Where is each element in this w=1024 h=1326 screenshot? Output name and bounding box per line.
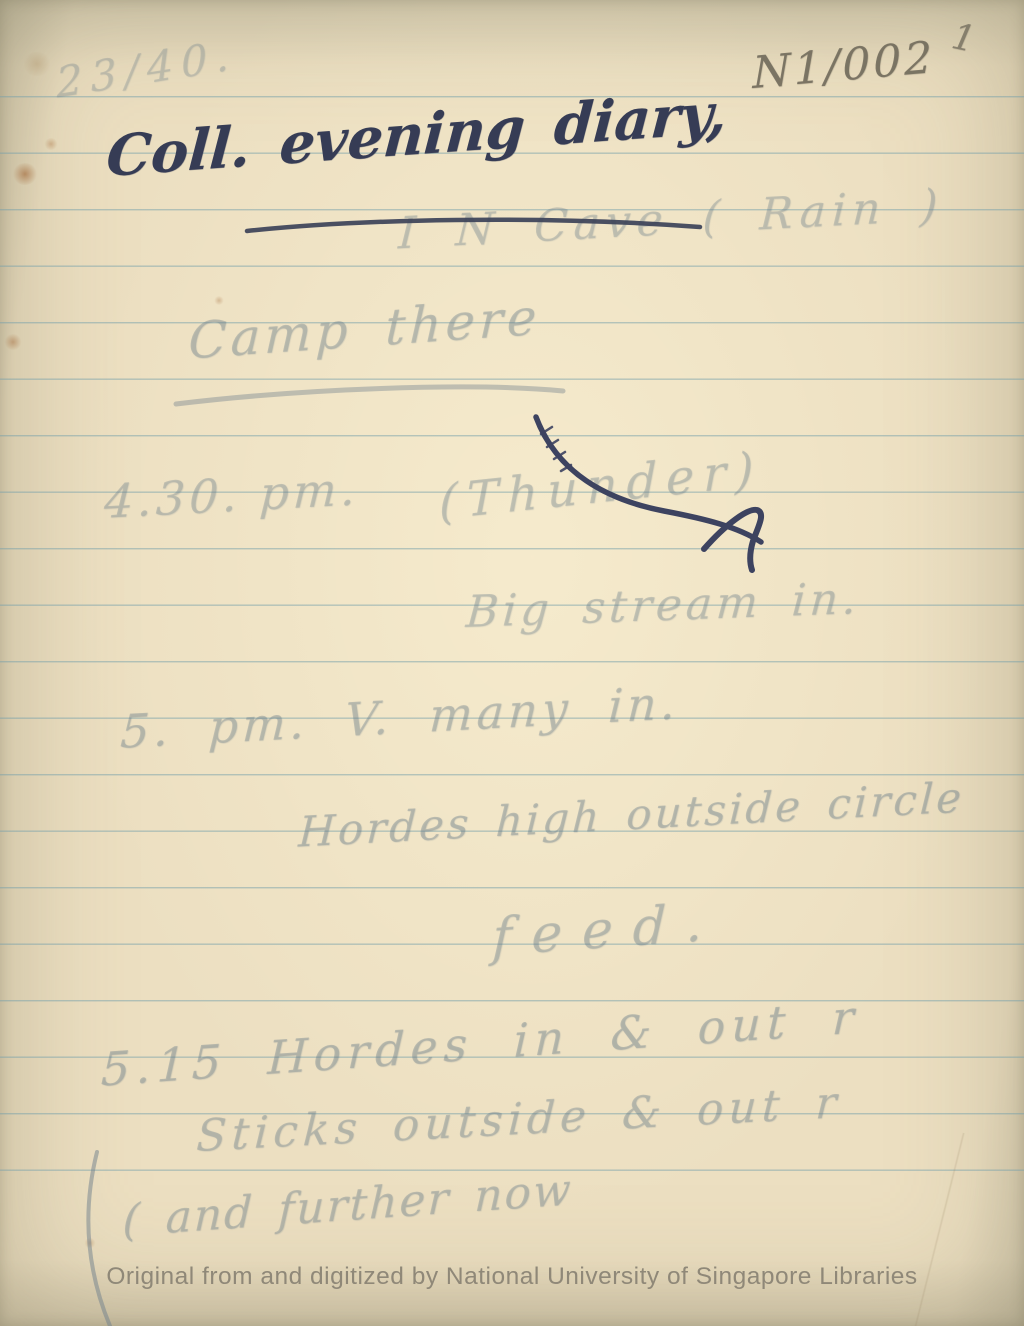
digitization-caption: Original from and digitized by National … — [0, 1263, 1024, 1291]
page-number: 1 — [948, 16, 979, 61]
age-stain — [84, 1238, 96, 1248]
age-stain — [12, 163, 38, 185]
diary-page-scan: 23/40. N1/002 1 Coll. evening diary, I N… — [0, 0, 1024, 1326]
pencil-line-bottom-scrawl: ( and further now — [122, 1164, 574, 1247]
age-stain — [44, 138, 58, 150]
age-stain — [214, 296, 224, 305]
archival-reference-number: N1/002 — [752, 32, 936, 99]
age-stain — [22, 52, 52, 76]
age-stain — [4, 334, 22, 350]
